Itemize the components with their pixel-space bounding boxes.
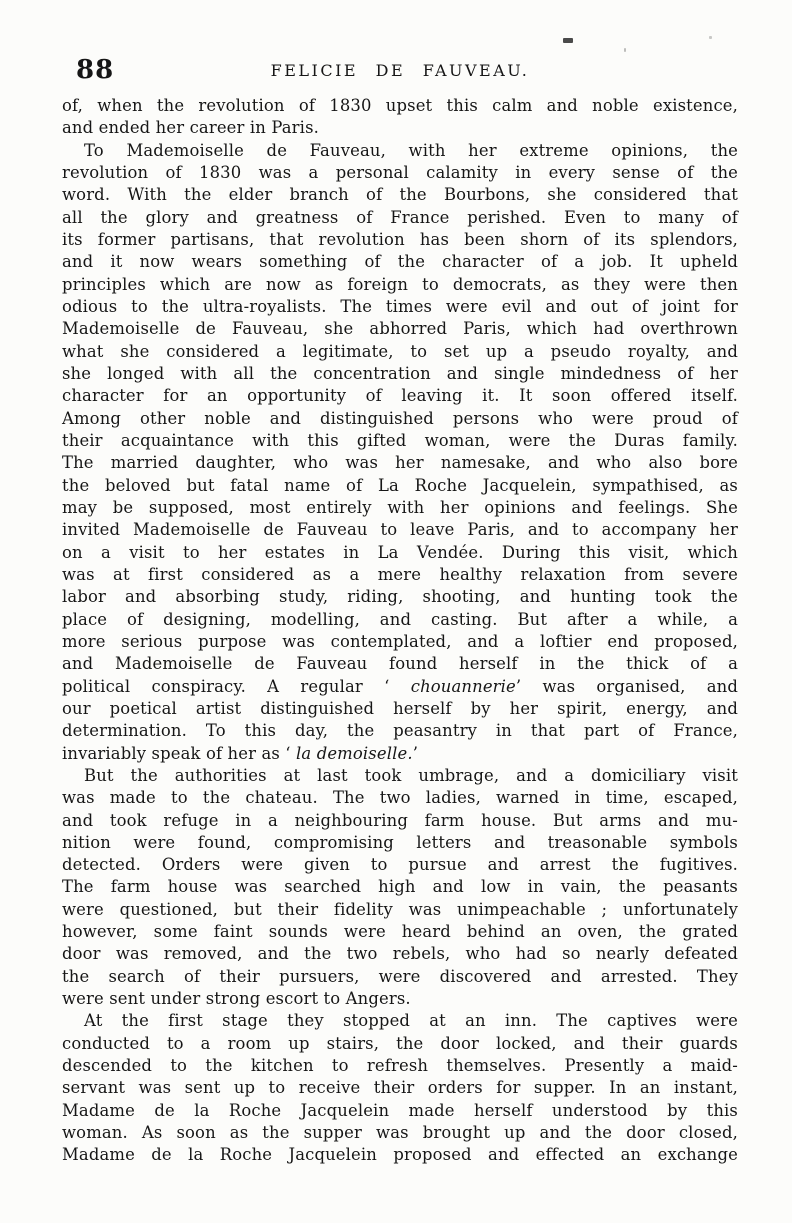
text-segment: more serious purpose was contemplated, a… bbox=[62, 632, 738, 651]
text-segment: descended to the kitchen to refresh them… bbox=[62, 1056, 738, 1075]
text-segment: were questioned, but their fidelity was … bbox=[62, 900, 738, 919]
text-line: and Mademoiselle de Fauveau found hersel… bbox=[62, 653, 738, 675]
page-title: FELICIE DE FAUVEAU. bbox=[62, 62, 738, 80]
text-segment: ’ was organised, and bbox=[516, 677, 738, 696]
text-line: more serious purpose was contemplated, a… bbox=[62, 631, 738, 653]
text-segment: what she considered a legitimate, to set… bbox=[62, 342, 738, 361]
text-line: and it now wears something of the charac… bbox=[62, 251, 738, 273]
text-line: But the authorities at last took umbrage… bbox=[62, 765, 738, 787]
text-segment: Among other noble and distinguished pers… bbox=[62, 409, 738, 428]
text-segment: all the glory and greatness of France pe… bbox=[62, 208, 738, 227]
text-segment: To Mademoiselle de Fauveau, with her ext… bbox=[84, 141, 738, 160]
text-line: detected. Orders were given to pursue an… bbox=[62, 854, 738, 876]
scan-speckle bbox=[709, 36, 712, 39]
text-segment: was at first considered as a mere health… bbox=[62, 565, 738, 584]
text-segment: door was removed, and the two rebels, wh… bbox=[62, 944, 738, 963]
page: 88 FELICIE DE FAUVEAU. of, when the revo… bbox=[0, 0, 792, 1223]
text-line: Madame de la Roche Jacquelein made herse… bbox=[62, 1100, 738, 1122]
text-segment: detected. Orders were given to pursue an… bbox=[62, 855, 738, 874]
text-segment: labor and absorbing study, riding, shoot… bbox=[62, 587, 738, 606]
text-segment: were sent under strong escort to Angers. bbox=[62, 989, 411, 1008]
text-line: revolution of 1830 was a personal calami… bbox=[62, 162, 738, 184]
text-line: place of designing, modelling, and casti… bbox=[62, 609, 738, 631]
text-segment: she longed with all the concentration an… bbox=[62, 364, 738, 383]
text-line: character for an opportunity of leaving … bbox=[62, 385, 738, 407]
text-segment: our poetical artist distinguished hersel… bbox=[62, 699, 738, 718]
text-line: the search of their pursuers, were disco… bbox=[62, 966, 738, 988]
text-line: At the first stage they stopped at an in… bbox=[62, 1010, 738, 1032]
text-segment: Mademoiselle de Fauveau, she abhorred Pa… bbox=[62, 319, 738, 338]
text-line: our poetical artist distinguished hersel… bbox=[62, 698, 738, 720]
text-segment: But the authorities at last took umbrage… bbox=[84, 766, 738, 785]
text-line: its former partisans, that revolution ha… bbox=[62, 229, 738, 251]
text-segment: Madame de la Roche Jacquelein made herse… bbox=[62, 1101, 738, 1120]
text-line: was made to the chateau. The two ladies,… bbox=[62, 787, 738, 809]
text-segment: nition were found, compromising letters … bbox=[62, 833, 738, 852]
text-line: and ended her career in Paris. bbox=[62, 117, 738, 139]
text-line: all the glory and greatness of France pe… bbox=[62, 207, 738, 229]
text-line: nition were found, compromising letters … bbox=[62, 832, 738, 854]
text-segment: invariably speak of her as ‘ bbox=[62, 744, 296, 763]
scan-speckle bbox=[624, 48, 626, 52]
text-line: The married daughter, who was her namesa… bbox=[62, 452, 738, 474]
text-line: labor and absorbing study, riding, shoot… bbox=[62, 586, 738, 608]
text-line: determination. To this day, the peasantr… bbox=[62, 720, 738, 742]
text-segment: word. With the elder branch of the Bourb… bbox=[62, 185, 738, 204]
text-line: on a visit to her estates in La Vendée. … bbox=[62, 542, 738, 564]
text-segment: and it now wears something of the charac… bbox=[62, 252, 738, 271]
text-line: the beloved but fatal name of La Roche J… bbox=[62, 475, 738, 497]
text-line: descended to the kitchen to refresh them… bbox=[62, 1055, 738, 1077]
text-line: what she considered a legitimate, to set… bbox=[62, 341, 738, 363]
text-segment: The married daughter, who was her namesa… bbox=[62, 453, 738, 472]
text-segment: servant was sent up to receive their ord… bbox=[62, 1078, 738, 1097]
text-line: and took refuge in a neighbouring farm h… bbox=[62, 810, 738, 832]
scan-speckle bbox=[563, 38, 573, 43]
text-segment: Madame de la Roche Jacquelein proposed a… bbox=[62, 1145, 738, 1164]
text-segment: character for an opportunity of leaving … bbox=[62, 386, 738, 405]
text-line: servant was sent up to receive their ord… bbox=[62, 1077, 738, 1099]
text-segment: place of designing, modelling, and casti… bbox=[62, 610, 738, 629]
text-segment: and ended her career in Paris. bbox=[62, 118, 319, 137]
text-segment: and Mademoiselle de Fauveau found hersel… bbox=[62, 654, 738, 673]
text-segment: la demoiselle. bbox=[296, 744, 413, 763]
text-line: invited Mademoiselle de Fauveau to leave… bbox=[62, 519, 738, 541]
text-line: were sent under strong escort to Angers. bbox=[62, 988, 738, 1010]
text-line: odious to the ultra-royalists. The times… bbox=[62, 296, 738, 318]
text-line: were questioned, but their fidelity was … bbox=[62, 899, 738, 921]
text-segment: however, some faint sounds were heard be… bbox=[62, 922, 738, 941]
text-line: invariably speak of her as ‘ la demoisel… bbox=[62, 743, 738, 765]
text-segment: invited Mademoiselle de Fauveau to leave… bbox=[62, 520, 738, 539]
text-segment: their acquaintance with this gifted woma… bbox=[62, 431, 738, 450]
text-segment: woman. As soon as the supper was brought… bbox=[62, 1123, 738, 1142]
text-segment: revolution of 1830 was a personal calami… bbox=[62, 163, 738, 182]
text-segment: was made to the chateau. The two ladies,… bbox=[62, 788, 738, 807]
text-segment: its former partisans, that revolution ha… bbox=[62, 230, 738, 249]
text-segment: odious to the ultra-royalists. The times… bbox=[62, 297, 738, 316]
text-segment: of, when the revolution of 1830 upset th… bbox=[62, 96, 738, 115]
text-line: was at first considered as a mere health… bbox=[62, 564, 738, 586]
text-line: their acquaintance with this gifted woma… bbox=[62, 430, 738, 452]
text-line: woman. As soon as the supper was brought… bbox=[62, 1122, 738, 1144]
text-line: may be supposed, most entirely with her … bbox=[62, 497, 738, 519]
text-line: The farm house was searched high and low… bbox=[62, 876, 738, 898]
text-segment: ’ bbox=[413, 744, 418, 763]
text-segment: At the first stage they stopped at an in… bbox=[84, 1011, 738, 1030]
text-segment: may be supposed, most entirely with her … bbox=[62, 498, 738, 517]
text-line: of, when the revolution of 1830 upset th… bbox=[62, 95, 738, 117]
running-header: 88 FELICIE DE FAUVEAU. bbox=[62, 56, 738, 86]
text-line: however, some faint sounds were heard be… bbox=[62, 921, 738, 943]
text-line: Among other noble and distinguished pers… bbox=[62, 408, 738, 430]
text-segment: political conspiracy. A regular ‘ bbox=[62, 677, 411, 696]
text-line: door was removed, and the two rebels, wh… bbox=[62, 943, 738, 965]
page-body: of, when the revolution of 1830 upset th… bbox=[62, 95, 738, 1167]
text-segment: the search of their pursuers, were disco… bbox=[62, 967, 738, 986]
text-line: Mademoiselle de Fauveau, she abhorred Pa… bbox=[62, 318, 738, 340]
text-segment: principles which are now as foreign to d… bbox=[62, 275, 738, 294]
text-line: she longed with all the concentration an… bbox=[62, 363, 738, 385]
text-segment: on a visit to her estates in La Vendée. … bbox=[62, 543, 738, 562]
text-line: To Mademoiselle de Fauveau, with her ext… bbox=[62, 140, 738, 162]
text-segment: and took refuge in a neighbouring farm h… bbox=[62, 811, 738, 830]
text-segment: The farm house was searched high and low… bbox=[62, 877, 738, 896]
text-line: political conspiracy. A regular ‘ chouan… bbox=[62, 676, 738, 698]
text-line: word. With the elder branch of the Bourb… bbox=[62, 184, 738, 206]
text-line: conducted to a room up stairs, the door … bbox=[62, 1033, 738, 1055]
text-line: principles which are now as foreign to d… bbox=[62, 274, 738, 296]
text-segment: chouannerie bbox=[411, 677, 516, 696]
text-segment: determination. To this day, the peasantr… bbox=[62, 721, 738, 740]
text-segment: conducted to a room up stairs, the door … bbox=[62, 1034, 738, 1053]
text-segment: the beloved but fatal name of La Roche J… bbox=[62, 476, 738, 495]
text-line: Madame de la Roche Jacquelein proposed a… bbox=[62, 1144, 738, 1166]
